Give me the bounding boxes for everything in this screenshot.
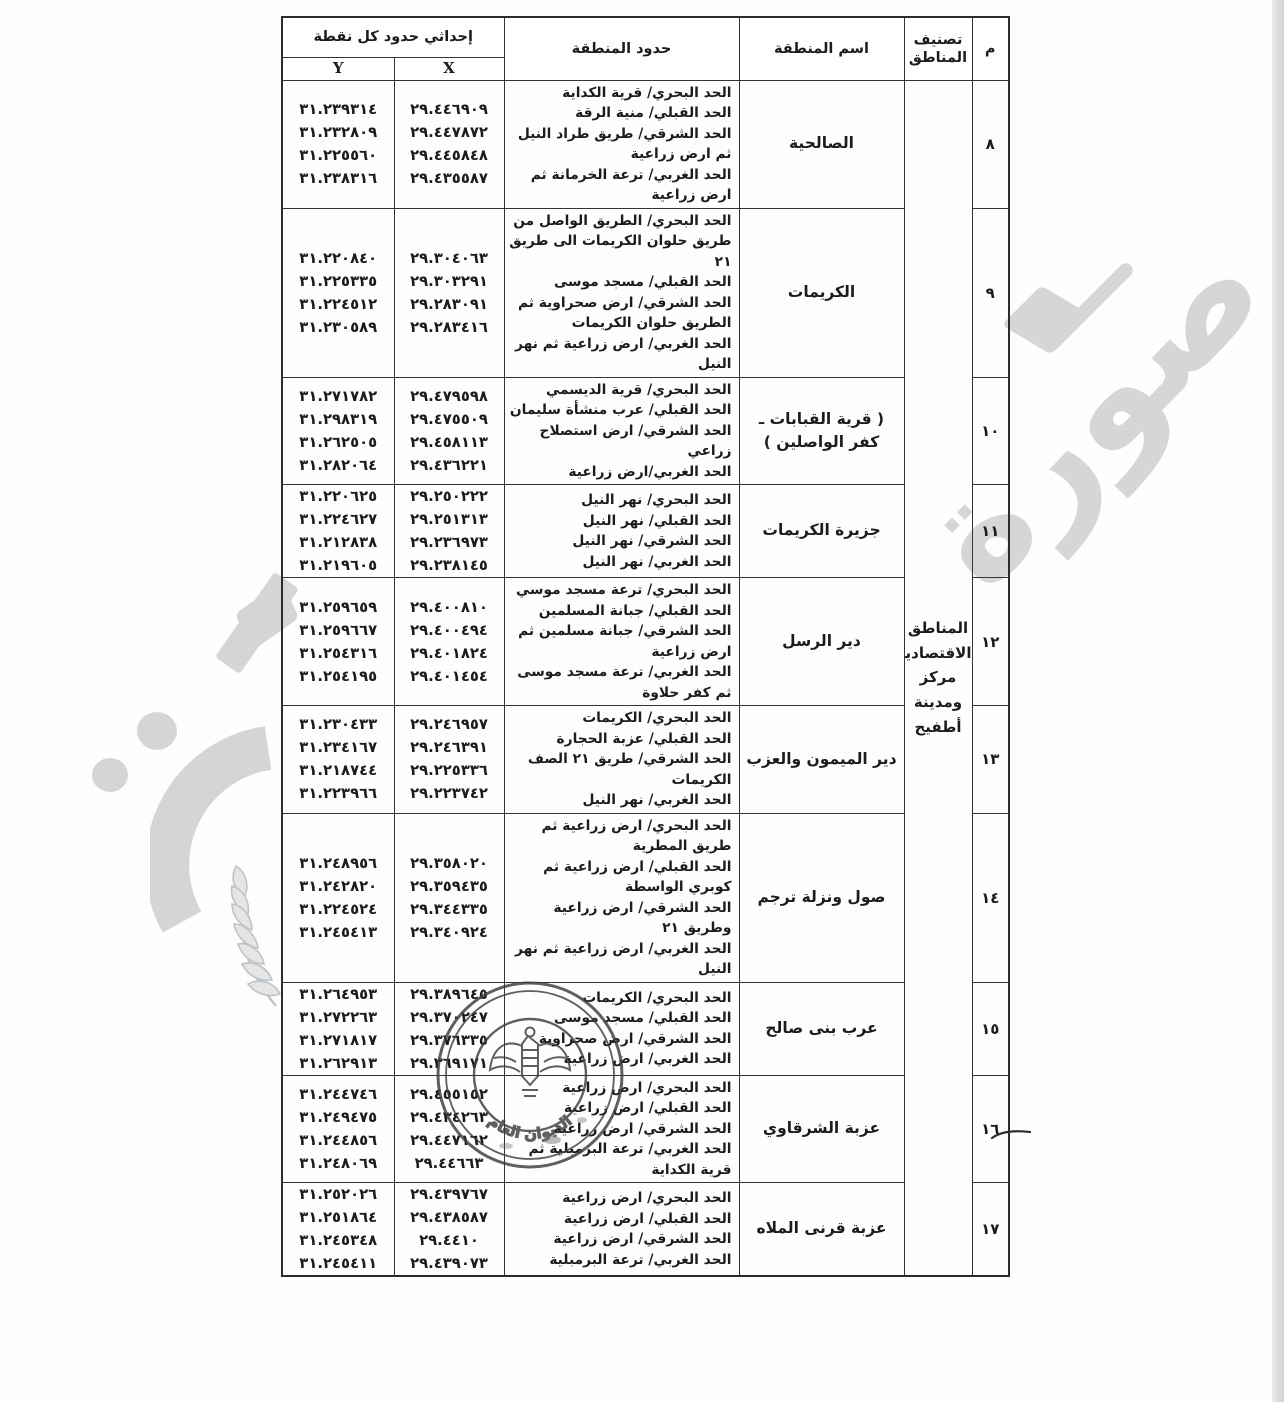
y-coordinates-cell: ٣١.٢٧١٧٨٢ ٣١.٢٩٨٣١٩ ٣١.٢٦٢٥٠٥ ٣١.٢٨٢٠٦٤ xyxy=(282,377,394,485)
area-name-cell: الصالحية xyxy=(739,80,904,208)
x-coordinates-cell: ٢٩.٣٠٤٠٦٣ ٢٩.٣٠٣٢٩١ ٢٩.٢٨٣٠٩١ ٢٩.٢٨٣٤١٦ xyxy=(394,208,504,377)
area-name-cell: دير الميمون والعزب xyxy=(739,706,904,814)
header-y: Y xyxy=(282,57,394,80)
boundaries-cell: الحد البحري/ الطريق الواصل من طريق حلوان… xyxy=(504,208,739,377)
table-row: ٨المناطق الاقتصادية مركز ومدينة أطفيحالص… xyxy=(282,80,1009,208)
x-coordinates-cell: ٢٩.٤٠٠٨١٠ ٢٩.٤٠٠٤٩٤ ٢٩.٤٠١٨٢٤ ٢٩.٤٠١٤٥٤ xyxy=(394,578,504,706)
boundaries-cell: الحد البحري/ ارض زراعية ثم طريق المطرية … xyxy=(504,813,739,982)
row-number-cell: ١٥ xyxy=(972,982,1009,1075)
area-name-cell: الكريمات xyxy=(739,208,904,377)
areas-coordinates-table: م تصنيف المناطق اسم المنطقة حدود المنطقة… xyxy=(283,16,1010,1277)
area-name-cell: ( قرية القبابات ـ كفر الواصلين ) xyxy=(739,377,904,485)
area-name-cell: دير الرسل xyxy=(739,578,904,706)
area-name-cell: صول ونزلة ترجم xyxy=(739,813,904,982)
x-coordinates-cell: ٢٩.٤٤٦٩٠٩ ٢٩.٤٤٧٨٧٢ ٢٩.٤٤٥٨٤٨ ٢٩.٤٣٥٥٨٧ xyxy=(394,80,504,208)
classification-cell: المناطق الاقتصادية مركز ومدينة أطفيح xyxy=(904,80,972,1276)
x-coordinates-cell: ٢٩.٣٥٨٠٢٠ ٢٩.٣٥٩٤٣٥ ٢٩.٣٤٤٣٣٥ ٢٩.٣٤٠٩٢٤ xyxy=(394,813,504,982)
boundaries-cell: الحد البحري/ ارض زراعية الحد القبلي/ ارض… xyxy=(504,1183,739,1277)
boundaries-cell: الحد البحري/ نهر النيل الحد القبلي/ نهر … xyxy=(504,485,739,578)
y-coordinates-cell: ٣١.٢٥٢٠٢٦ ٣١.٢٥١٨٦٤ ٣١.٢٤٥٣٤٨ ٣١.٢٤٥٤١١ xyxy=(282,1183,394,1277)
header-row: م تصنيف المناطق اسم المنطقة حدود المنطقة… xyxy=(282,17,1009,57)
table-row: ١٧عزبة قرنى الملاهالحد البحري/ ارض زراعي… xyxy=(282,1183,1009,1277)
table-row: ١٢دير الرسلالحد البحري/ ترعة مسجد موسي ا… xyxy=(282,578,1009,706)
boundaries-cell: الحد البحري/ الكريمات الحد القبلي/ عزبة … xyxy=(504,706,739,814)
header-x: X xyxy=(394,57,504,80)
data-table: م تصنيف المناطق اسم المنطقة حدود المنطقة… xyxy=(281,16,1010,1277)
x-coordinates-cell: ٢٩.٤٧٩٥٩٨ ٢٩.٤٧٥٥٠٩ ٢٩.٤٥٨١١٣ ٢٩.٤٣٦٢٢١ xyxy=(394,377,504,485)
x-coordinates-cell: ٢٩.٢٤٦٩٥٧ ٢٩.٢٤٦٣٩١ ٢٩.٢٢٥٣٣٦ ٢٩.٢٢٣٧٤٢ xyxy=(394,706,504,814)
table-row: ١٦عزبة الشرقاويالحد البحري/ ارض زراعية ا… xyxy=(282,1075,1009,1183)
watermark-slash-fragment xyxy=(1042,260,1135,353)
table-row: ٩الكريماتالحد البحري/ الطريق الواصل من ط… xyxy=(282,208,1009,377)
header-coordinates: إحداثي حدود كل نقطة xyxy=(282,17,504,57)
row-number-cell: ١٢ xyxy=(972,578,1009,706)
y-coordinates-cell: ٣١.٢٦٤٩٥٣ ٣١.٢٧٢٢٦٣ ٣١.٢٧١٨١٧ ٣١.٢٦٢٩١٣ xyxy=(282,982,394,1075)
scanner-edge-shadow xyxy=(1272,0,1284,1402)
y-coordinates-cell: ٣١.٢٢٠٦٢٥ ٣١.٢٢٤٦٢٧ ٣١.٢١٢٨٣٨ ٣١.٢١٩٦٠٥ xyxy=(282,485,394,578)
y-coordinates-cell: ٣١.٢٤٨٩٥٦ ٣١.٢٤٢٨٢٠ ٣١.٢٢٤٥٢٤ ٣١.٢٤٥٤١٣ xyxy=(282,813,394,982)
eagle-emblem-icon xyxy=(490,1028,570,1097)
y-coordinates-cell: ٣١.٢٣٩٣١٤ ٣١.٢٣٢٨٠٩ ٣١.٢٢٥٥٦٠ ٣١.٢٣٨٣١٦ xyxy=(282,80,394,208)
scanned-document-page: صورة م تصنيف ال xyxy=(0,0,1284,1402)
y-coordinates-cell: ٣١.٢٢٠٨٤٠ ٣١.٢٢٥٣٣٥ ٣١.٢٢٤٥١٢ ٣١.٢٣٠٥٨٩ xyxy=(282,208,394,377)
row-number-cell: ٨ xyxy=(972,80,1009,208)
row-number-cell: ١٤ xyxy=(972,813,1009,982)
table-row: ١٠( قرية القبابات ـ كفر الواصلين )الحد ا… xyxy=(282,377,1009,485)
row-number-cell: ١١ xyxy=(972,485,1009,578)
pen-mark xyxy=(990,1126,1034,1142)
table-row: ١٥عرب بنى صالحالحد البحري/ الكريمات الحد… xyxy=(282,982,1009,1075)
row-number-cell: ١٠ xyxy=(972,377,1009,485)
row-number-cell: ١٣ xyxy=(972,706,1009,814)
stamp-bottom-text: الديوان العام xyxy=(485,1112,576,1143)
header-boundaries: حدود المنطقة xyxy=(504,17,739,80)
watermark-letter-fragment xyxy=(1001,285,1090,354)
area-name-cell: جزيرة الكريمات xyxy=(739,485,904,578)
area-name-cell: عرب بنى صالح xyxy=(739,982,904,1075)
area-name-cell: عزبة الشرقاوي xyxy=(739,1075,904,1183)
header-classification: تصنيف المناطق xyxy=(904,17,972,80)
area-name-cell: عزبة قرنى الملاه xyxy=(739,1183,904,1277)
boundaries-cell: الحد البحري/ ترعة مسجد موسي الحد القبلي/… xyxy=(504,578,739,706)
table-row: ١٣دير الميمون والعزبالحد البحري/ الكريما… xyxy=(282,706,1009,814)
y-coordinates-cell: ٣١.٢٤٤٧٤٦ ٣١.٢٤٩٤٧٥ ٣١.٢٤٤٨٥٦ ٣١.٢٤٨٠٦٩ xyxy=(282,1075,394,1183)
y-coordinates-cell: ٣١.٢٥٩٦٥٩ ٣١.٢٥٩٦٦٧ ٣١.٢٥٤٣١٦ ٣١.٢٥٤١٩٥ xyxy=(282,578,394,706)
header-index: م xyxy=(972,17,1009,80)
x-coordinates-cell: ٢٩.٤٣٩٧٦٧ ٢٩.٤٣٨٥٨٧ ٢٩.٤٤١٠ ٢٩.٤٣٩٠٧٣ xyxy=(394,1183,504,1277)
table-row: ١١جزيرة الكريماتالحد البحري/ نهر النيل ا… xyxy=(282,485,1009,578)
row-number-cell: ٩ xyxy=(972,208,1009,377)
boundaries-cell: الحد البحري/ قرية الديسمي الحد القبلي/ ع… xyxy=(504,377,739,485)
svg-text:الديوان العام: الديوان العام xyxy=(485,1112,576,1143)
x-coordinates-cell: ٢٩.٢٥٠٢٢٢ ٢٩.٢٥١٣١٣ ٢٩.٢٣٦٩٧٣ ٢٩.٢٣٨١٤٥ xyxy=(394,485,504,578)
header-area-name: اسم المنطقة xyxy=(739,17,904,80)
table-row: ١٤صول ونزلة ترجمالحد البحري/ ارض زراعية … xyxy=(282,813,1009,982)
watermark-dot xyxy=(137,712,177,750)
boundaries-cell: الحد البحري/ قرية الكداية الحد القبلي/ م… xyxy=(504,80,739,208)
official-eagle-stamp: الديوان العام xyxy=(432,980,628,1176)
watermark-dot xyxy=(92,758,128,792)
y-coordinates-cell: ٣١.٢٣٠٤٣٣ ٣١.٢٣٤١٦٧ ٣١.٢١٨٧٤٤ ٣١.٢٢٣٩٦٦ xyxy=(282,706,394,814)
row-number-cell: ١٧ xyxy=(972,1183,1009,1277)
